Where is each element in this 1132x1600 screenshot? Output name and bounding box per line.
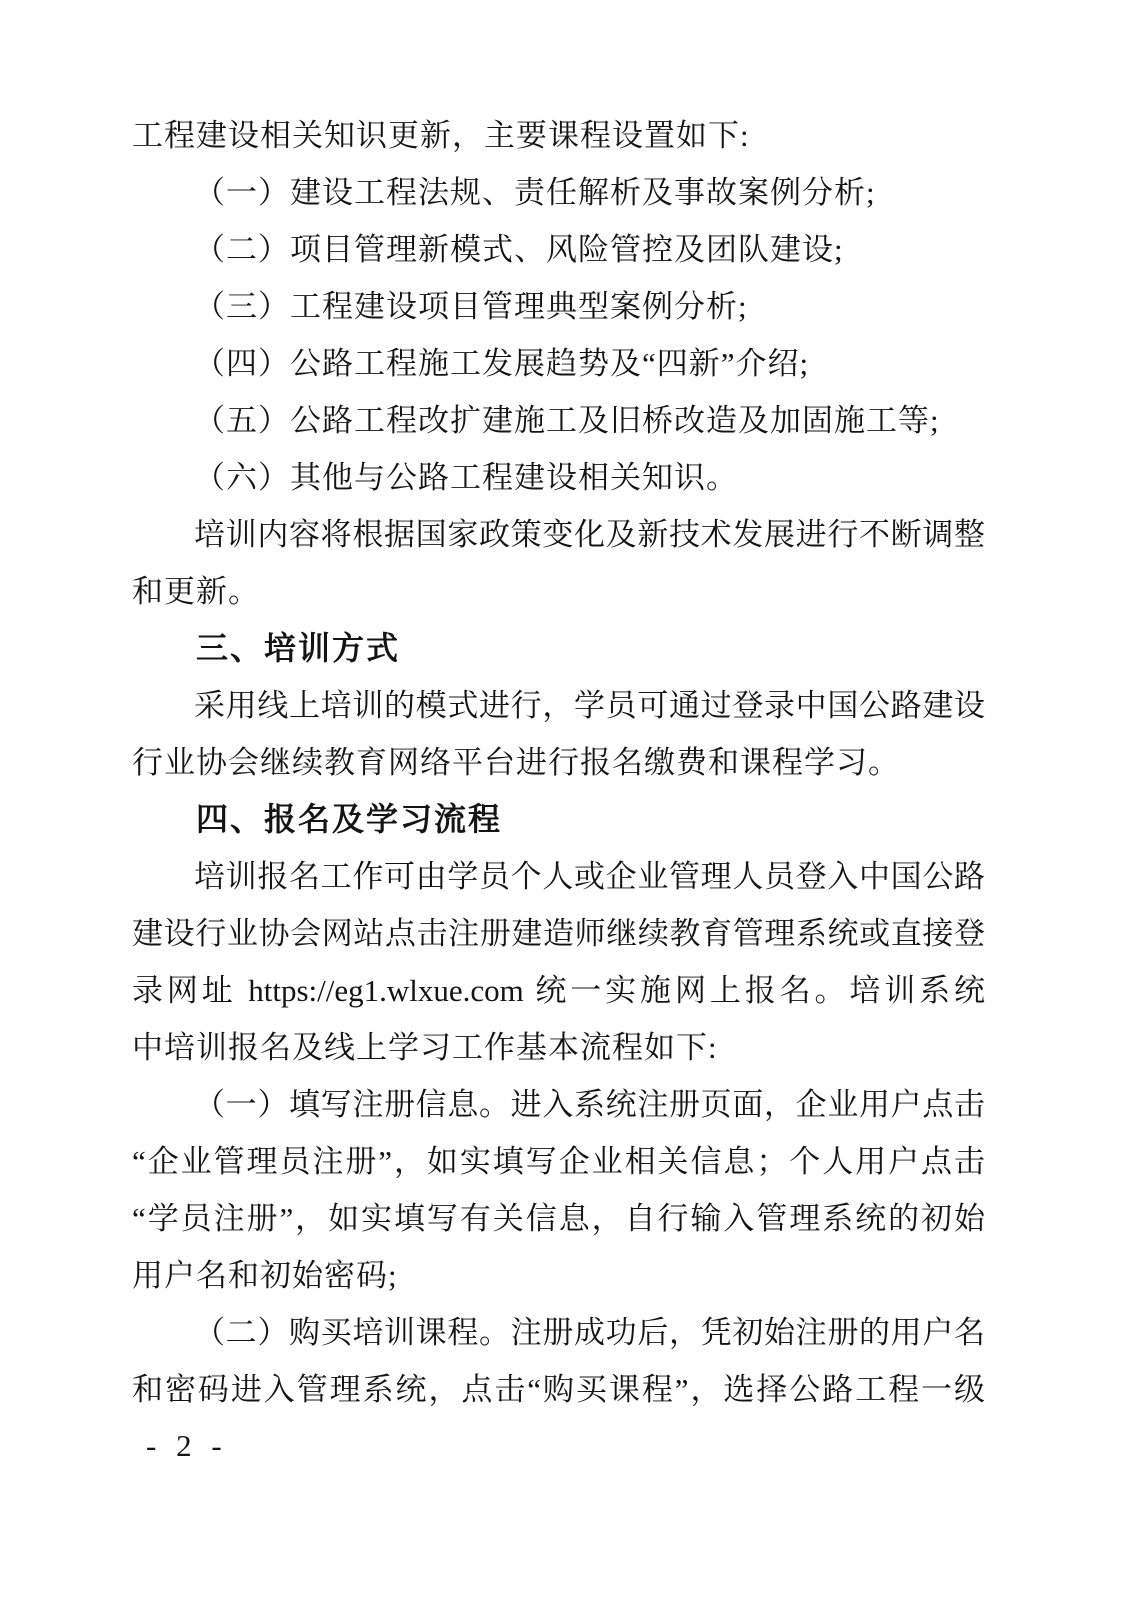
document-body: 工程建设相关知识更新，主要课程设置如下:（一）建设工程法规、责任解析及事故案例分… — [132, 107, 985, 1418]
section-heading-registration-process: 四、报名及学习流程 — [132, 791, 985, 848]
paragraph-continuation: 工程建设相关知识更新，主要课程设置如下: — [132, 107, 985, 164]
course-item-3: （三）工程建设项目管理典型案例分析; — [132, 278, 985, 335]
step-item-2: （二）购买培训课程。注册成功后，凭初始注册的用户名 — [132, 1304, 985, 1361]
course-item-6: （六）其他与公路工程建设相关知识。 — [132, 449, 985, 506]
paragraph-line-url: 录网址 https://eg1.wlxue.com 统一实施网上报名。培训系统 — [132, 962, 985, 1019]
paragraph-line: “学员注册”，如实填写有关信息，自行输入管理系统的初始 — [132, 1190, 985, 1247]
paragraph-line: 中培训报名及线上学习工作基本流程如下: — [132, 1019, 985, 1076]
course-item-5: （五）公路工程改扩建施工及旧桥改造及加固施工等; — [132, 392, 985, 449]
paragraph-line: 用户名和初始密码; — [132, 1247, 985, 1304]
paragraph-line: 行业协会继续教育网络平台进行报名缴费和课程学习。 — [132, 734, 985, 791]
paragraph-line: “企业管理员注册”，如实填写企业相关信息；个人用户点击 — [132, 1133, 985, 1190]
paragraph-line: 和更新。 — [132, 563, 985, 620]
page-number: - 2 - — [146, 1417, 228, 1474]
course-item-4: （四）公路工程施工发展趋势及“四新”介绍; — [132, 335, 985, 392]
step-item-1: （一）填写注册信息。进入系统注册页面，企业用户点击 — [132, 1076, 985, 1133]
paragraph-line: 采用线上培训的模式进行，学员可通过登录中国公路建设 — [132, 677, 985, 734]
paragraph-line: 和密码进入管理系统，点击“购买课程”，选择公路工程一级 — [132, 1361, 985, 1418]
section-heading-training-method: 三、培训方式 — [132, 620, 985, 677]
course-item-1: （一）建设工程法规、责任解析及事故案例分析; — [132, 164, 985, 221]
paragraph-line: 培训内容将根据国家政策变化及新技术发展进行不断调整 — [132, 506, 985, 563]
document-page: 工程建设相关知识更新，主要课程设置如下:（一）建设工程法规、责任解析及事故案例分… — [0, 0, 1132, 1600]
course-item-2: （二）项目管理新模式、风险管控及团队建设; — [132, 221, 985, 278]
paragraph-line: 建设行业协会网站点击注册建造师继续教育管理系统或直接登 — [132, 905, 985, 962]
paragraph-line: 培训报名工作可由学员个人或企业管理人员登入中国公路 — [132, 848, 985, 905]
